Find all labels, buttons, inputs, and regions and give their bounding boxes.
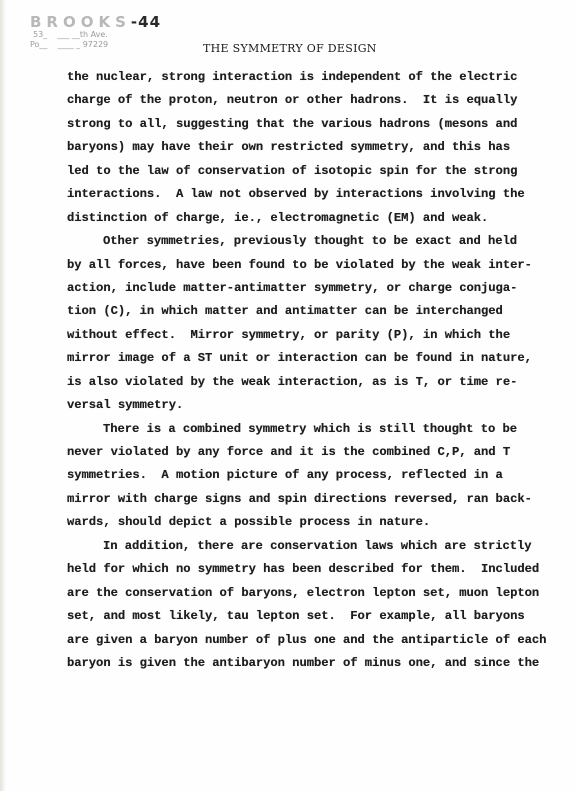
- text-line: There is a combined symmetry which is st…: [67, 418, 557, 441]
- stamp-name-faded: BROOKS: [30, 13, 131, 31]
- text-line: are given a baryon number of plus one an…: [67, 629, 557, 652]
- stamp-address-line-1: 53_ ___ __th Ave.: [33, 30, 190, 40]
- text-line: symmetries. A motion picture of any proc…: [67, 464, 557, 487]
- page-title: THE SYMMETRY OF DESIGN: [203, 42, 377, 55]
- text-line: tion (C), in which matter and antimatter…: [67, 300, 557, 323]
- text-line: are the conservation of baryons, electro…: [67, 582, 557, 605]
- text-line: baryon is given the antibaryon number of…: [67, 652, 557, 675]
- text-line: led to the law of conservation of isotop…: [67, 160, 557, 183]
- text-line: held for which no symmetry has been desc…: [67, 558, 557, 581]
- text-line: the nuclear, strong interaction is indep…: [67, 66, 557, 89]
- text-line: Other symmetries, previously thought to …: [67, 230, 557, 253]
- text-line: charge of the proton, neutron or other h…: [67, 89, 557, 112]
- text-line: interactions. A law not observed by inte…: [67, 183, 557, 206]
- text-line: action, include matter-antimatter symmet…: [67, 277, 557, 300]
- stamp-name: BROOKS-44: [30, 14, 190, 30]
- text-line: versal symmetry.: [67, 394, 557, 417]
- text-line: strong to all, suggesting that the vario…: [67, 113, 557, 136]
- text-line: set, and most likely, tau lepton set. Fo…: [67, 605, 557, 628]
- text-line: In addition, there are conservation laws…: [67, 535, 557, 558]
- document-page: BROOKS-44 53_ ___ __th Ave. Po__ ____ _ …: [0, 0, 575, 791]
- stamp-address-line-2: Po__ ____ _ 97229: [30, 40, 190, 50]
- text-line: wards, should depict a possible process …: [67, 511, 557, 534]
- text-line: never violated by any force and it is th…: [67, 441, 557, 464]
- text-line: by all forces, have been found to be vio…: [67, 254, 557, 277]
- text-line: baryons) may have their own restricted s…: [67, 136, 557, 159]
- text-line: mirror with charge signs and spin direct…: [67, 488, 557, 511]
- text-line: mirror image of a ST unit or interaction…: [67, 347, 557, 370]
- text-line: distinction of charge, ie., electromagne…: [67, 207, 557, 230]
- address-stamp: BROOKS-44 53_ ___ __th Ave. Po__ ____ _ …: [30, 14, 190, 50]
- scan-edge-shadow: [0, 0, 6, 791]
- text-line: is also violated by the weak interaction…: [67, 371, 557, 394]
- text-line: without effect. Mirror symmetry, or pari…: [67, 324, 557, 347]
- body-text: the nuclear, strong interaction is indep…: [67, 66, 557, 675]
- stamp-number: -44: [131, 13, 161, 31]
